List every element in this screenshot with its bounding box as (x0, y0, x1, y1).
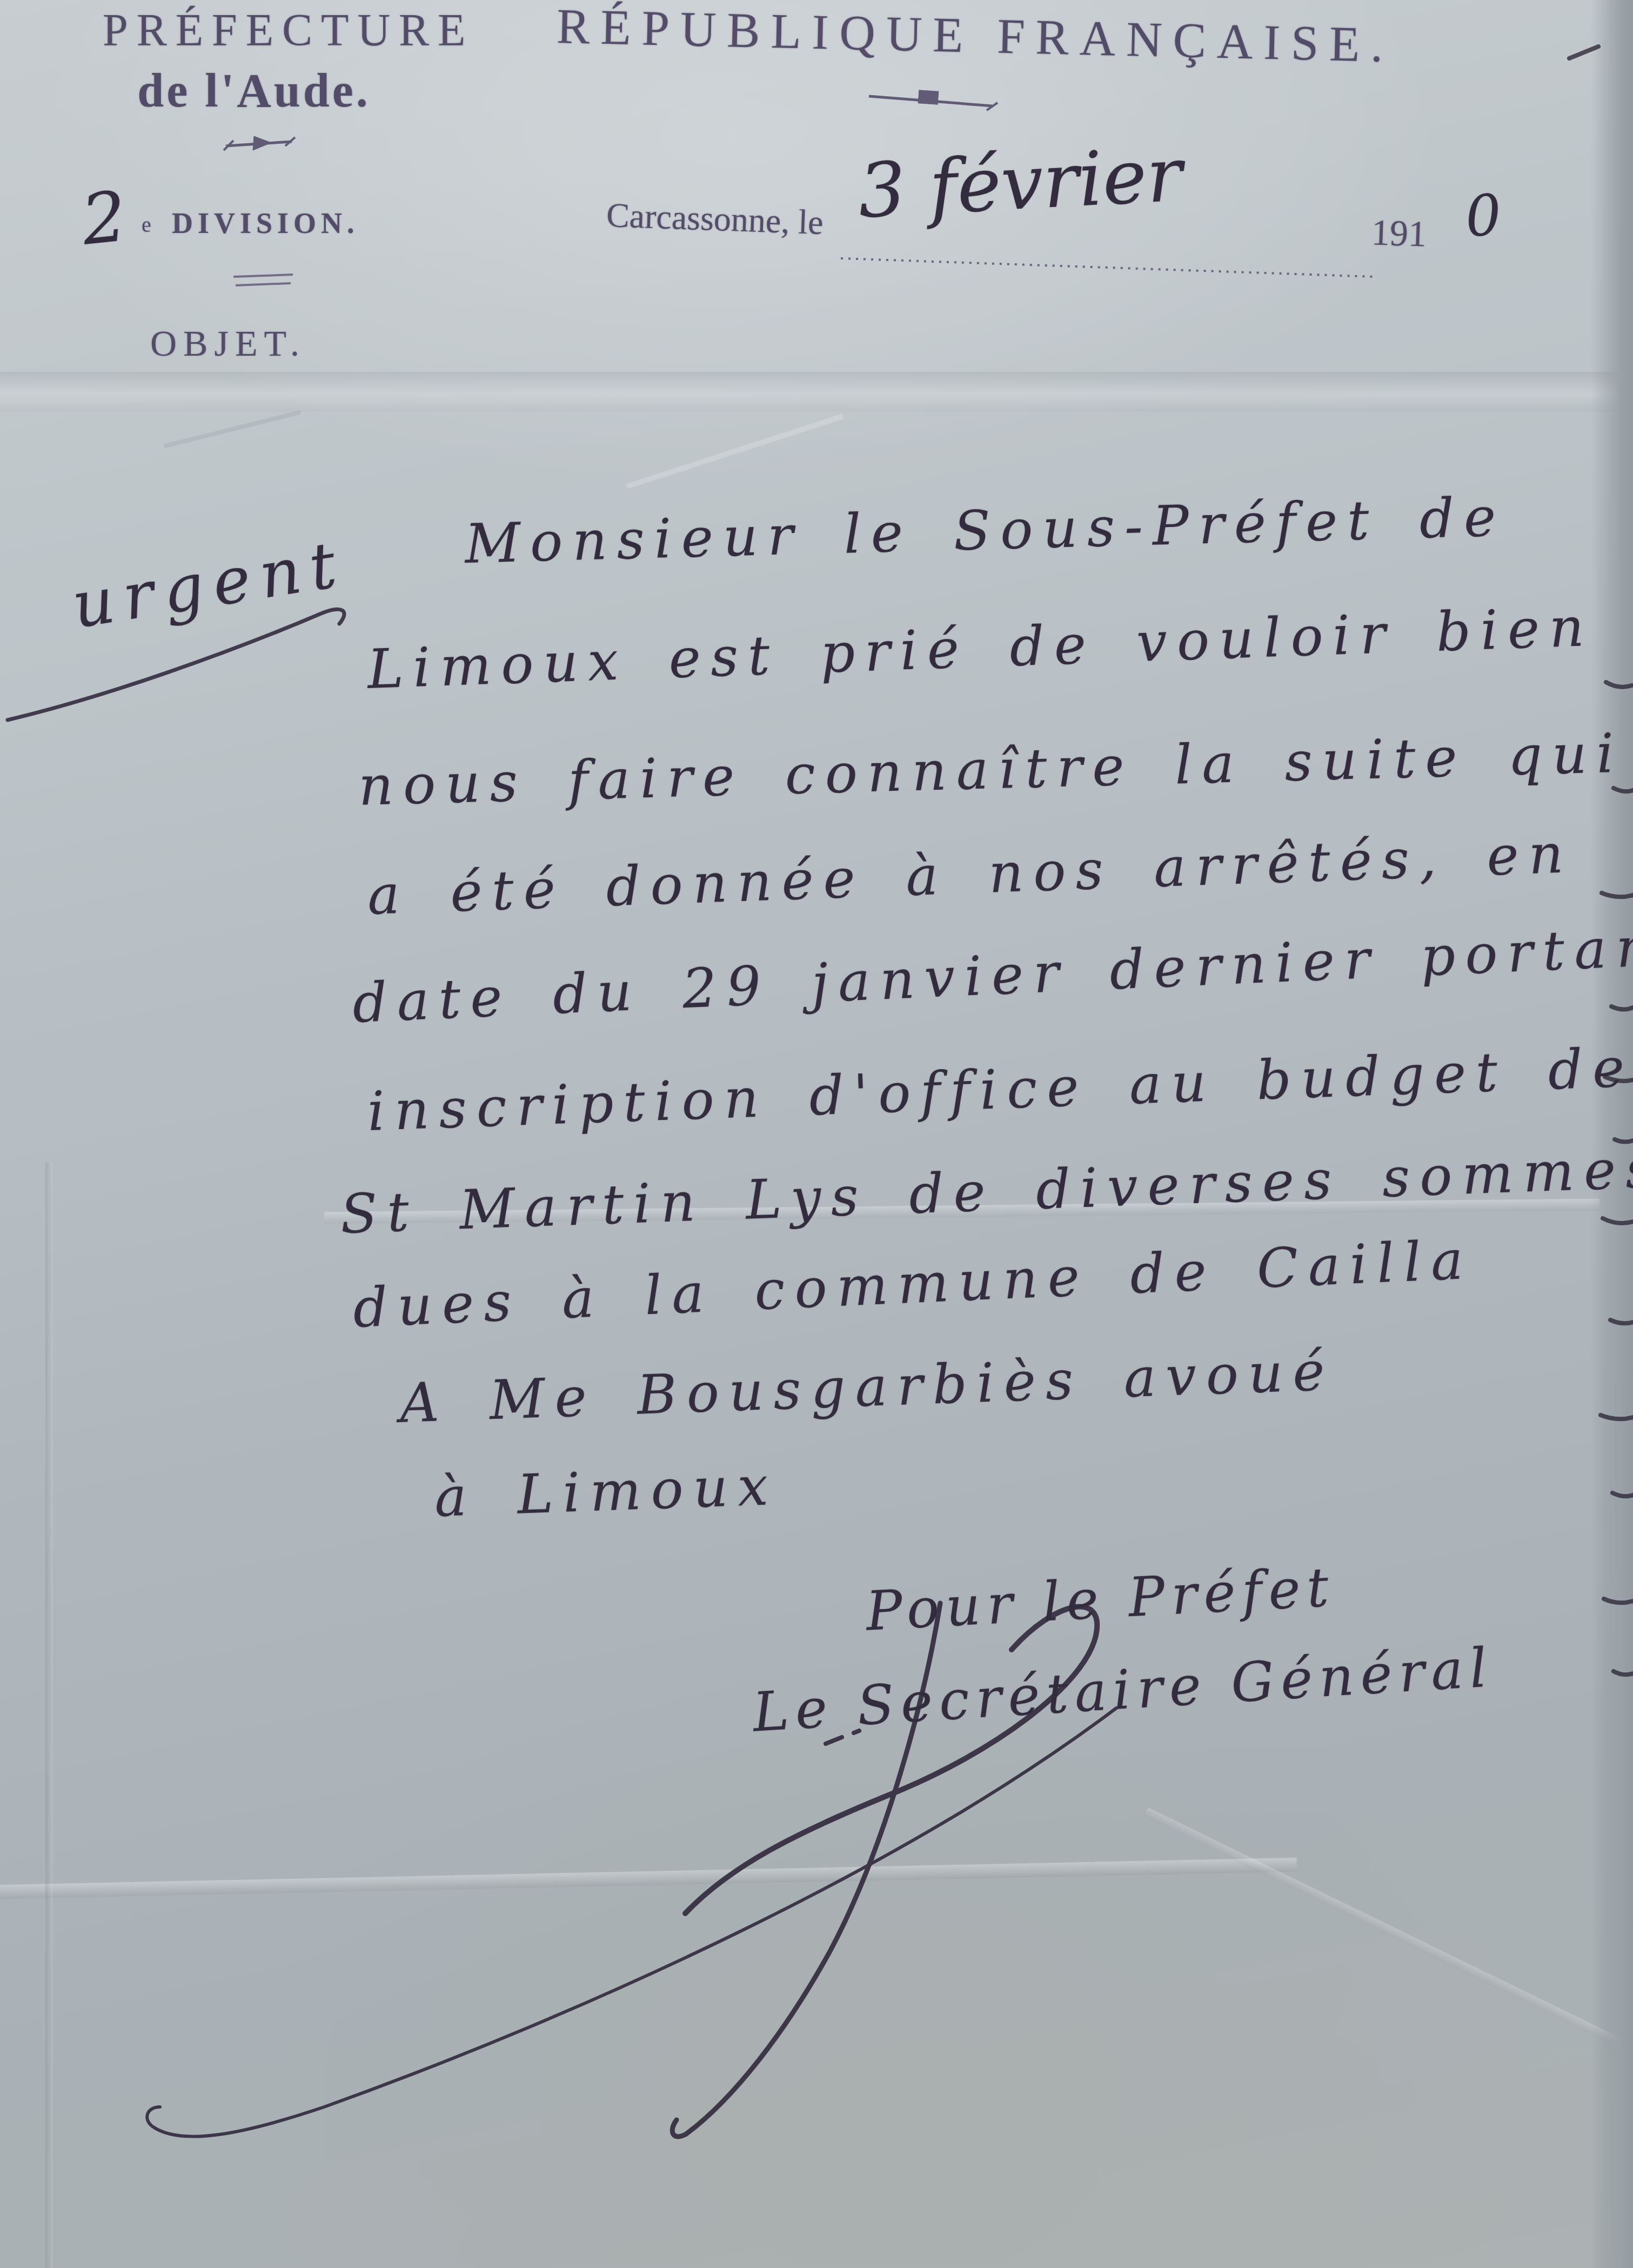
ink-bleed-mark (1603, 1218, 1633, 1223)
date-dotted-line (841, 258, 1375, 277)
ink-bleed-mark (1569, 46, 1598, 58)
ink-bleed-mark (1602, 893, 1633, 897)
republic-title: RÉPUBLIQUE FRANÇAISE. (556, 0, 1368, 73)
ink-bleed-mark (1604, 1599, 1633, 1603)
letter-page: PRÉFECTURE de l'Aude. 2 e DIVISION. OBJE… (0, 0, 1633, 2268)
body-line: date du 29 janvier dernier portant (351, 913, 1633, 1035)
page-right-edge (1591, 0, 1633, 2268)
objet-label: OBJET. (150, 322, 306, 365)
body-line: nous faire connaître la suite qui (358, 722, 1624, 818)
place-printed: Carcassonne, le (606, 195, 824, 243)
ink-bleed-mark (1601, 1415, 1633, 1419)
paper-crease (164, 410, 301, 449)
body-line: A Me Bousgarbiès avoué (399, 1339, 1335, 1435)
year-digit-handwritten: 0 (1463, 182, 1504, 250)
body-line: à Limoux (433, 1454, 779, 1529)
ink-bleed-mark (1610, 1320, 1633, 1323)
year-printed: 191 (1371, 211, 1428, 256)
ink-bleed-marks (1569, 46, 1633, 1675)
ink-bleed-mark (1606, 682, 1632, 687)
paper-crease (45, 1162, 53, 2268)
margin-note-urgent: urgent (67, 526, 351, 643)
prefecture-title: PRÉFECTURE (103, 4, 405, 57)
body-line: a été donnée à nos arrêtés, en (366, 822, 1574, 927)
paper-crease (1144, 1807, 1633, 2148)
paper-crease (0, 372, 1633, 412)
body-line: Limoux est prié de vouloir bien (366, 595, 1595, 701)
ink-bleed-mark (1611, 1006, 1633, 1010)
body-line: inscription d'office au budget de (366, 1036, 1633, 1143)
date-handwritten: 3 février (856, 131, 1184, 235)
double-rule-ornament-icon (233, 275, 293, 285)
ink-bleed-mark (1612, 1493, 1633, 1496)
division-number-handwritten: 2 (78, 176, 130, 261)
ink-bleed-mark (1614, 1671, 1633, 1675)
body-line: dues à la commune de Cailla (352, 1228, 1474, 1340)
closing-line-secretaire-general: Le Secrétaire Général (751, 1636, 1495, 1744)
header-rule-ornament-icon (869, 90, 998, 110)
paper-crease (0, 1858, 1297, 1899)
paper-crease (626, 413, 844, 489)
ink-bleed-mark (1614, 788, 1633, 791)
body-line: Monsieur le Sous-Préfet de (464, 485, 1507, 576)
closing-line-pour-le-prefet: Pour le Préfet (865, 1555, 1337, 1643)
division-label: DIVISION. (172, 206, 359, 240)
division-ordinal: e (142, 212, 151, 237)
prefecture-subtitle: de l'Aude. (103, 64, 405, 118)
fleuron-ornament-icon (224, 136, 295, 150)
